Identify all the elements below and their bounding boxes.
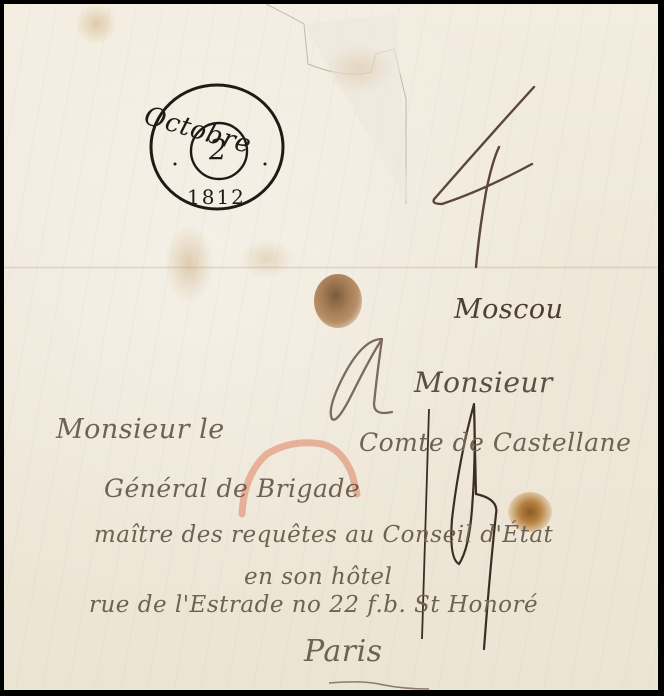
letter-paper: Octobre 2 1812 4 15 Moscou Monsieur Mons… bbox=[4, 4, 658, 690]
stain bbox=[324, 44, 394, 94]
stain bbox=[239, 239, 294, 279]
address-a-initial bbox=[312, 334, 402, 429]
address-line-monsieur: Monsieur bbox=[414, 366, 553, 399]
paper-tear bbox=[266, 4, 416, 214]
date-postmark: Octobre 2 1812 bbox=[147, 81, 287, 213]
address-line-general: Général de Brigade bbox=[104, 474, 360, 503]
address-line-en-son-hotel: en son hôtel bbox=[244, 564, 392, 590]
address-line-monsieur-le: Monsieur le bbox=[56, 414, 225, 445]
address-line-paris: Paris bbox=[304, 634, 383, 669]
address-line-comte: Comte de Castellane bbox=[359, 428, 631, 457]
paris-underline bbox=[324, 679, 434, 690]
address-line-maitre: maître des requêtes au Conseil d'État bbox=[94, 522, 553, 548]
postmark-day: 2 bbox=[209, 133, 227, 166]
stain bbox=[74, 4, 119, 44]
origin-moscou: Moscou bbox=[454, 294, 564, 325]
address-line-rue: rue de l'Estrade no 22 f.b. St Honoré bbox=[89, 592, 538, 618]
tax-mark-4 bbox=[424, 82, 544, 272]
fold-line bbox=[4, 266, 658, 269]
wax-seal-stain bbox=[314, 274, 362, 328]
postmark-year: 1812 bbox=[187, 185, 246, 209]
stain bbox=[164, 224, 214, 304]
